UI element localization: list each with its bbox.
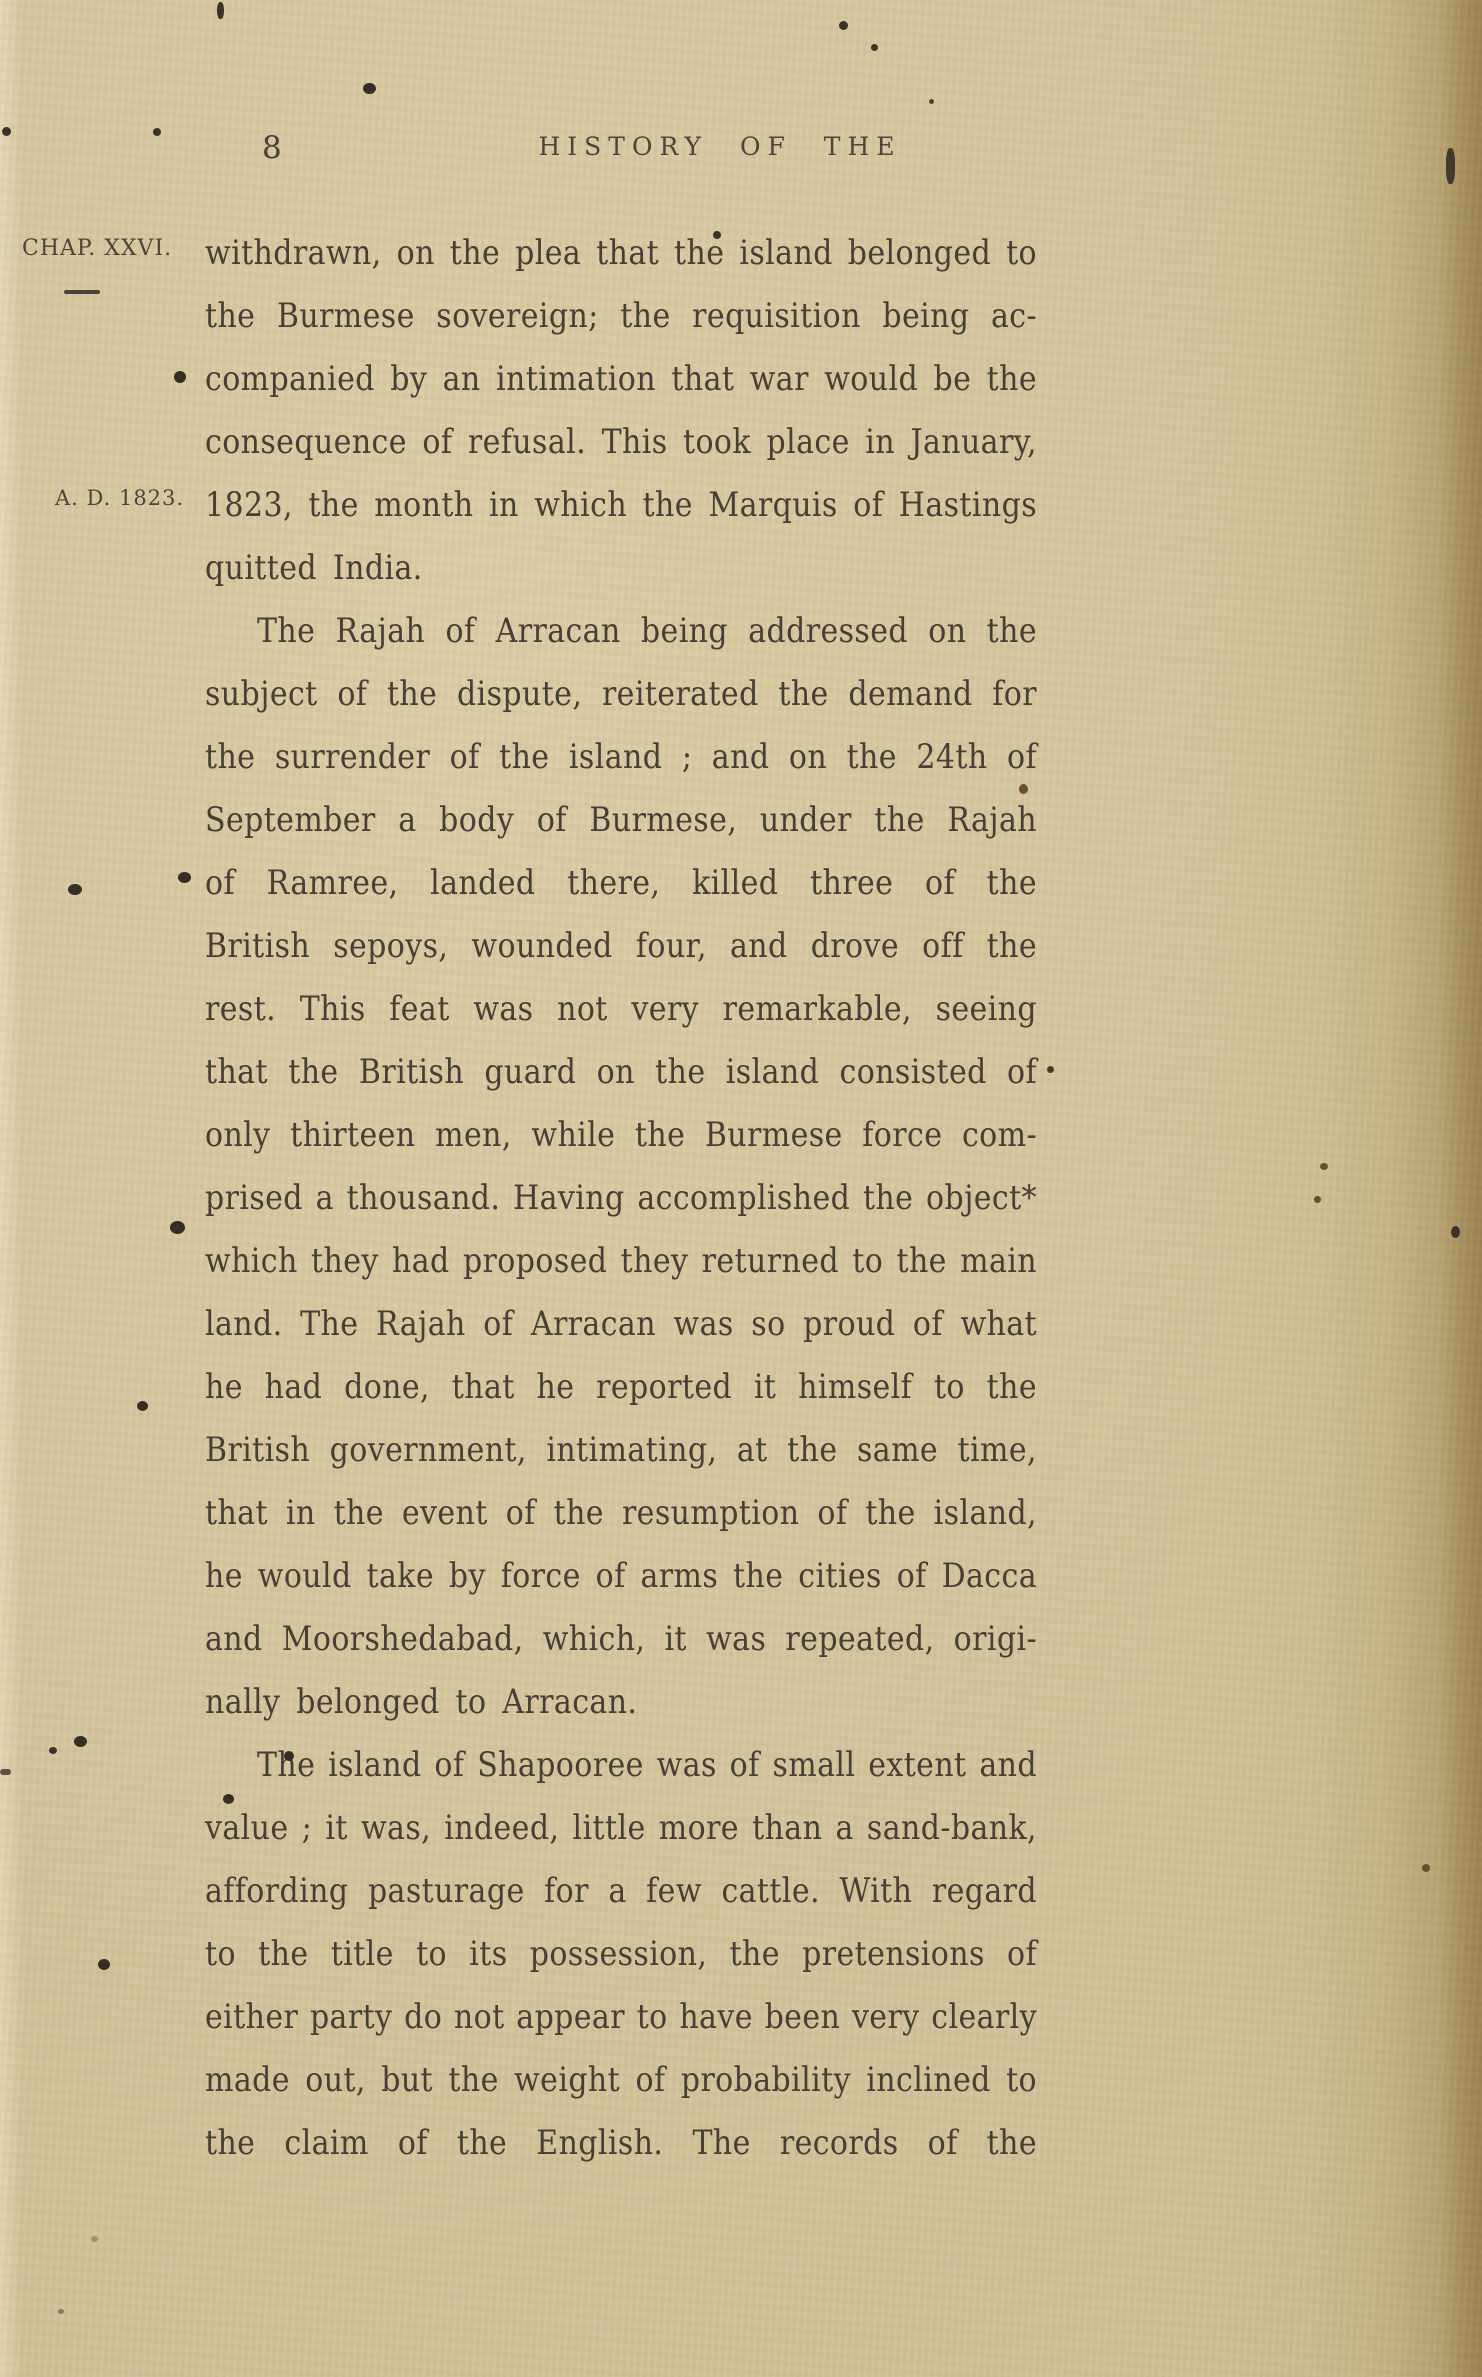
paper-speck (223, 1794, 234, 1804)
text-line: the claim of the English. The records of… (205, 2108, 1037, 2179)
paper-speck (170, 1221, 185, 1234)
paper-speck (1446, 148, 1455, 184)
paper-speck (1451, 1226, 1460, 1238)
text-line: September a body of Burmese, under the R… (205, 785, 1037, 856)
paper-speck (178, 872, 191, 883)
paper-speck (1320, 1163, 1328, 1170)
paper-speck (1314, 1196, 1321, 1203)
text-line: prised a thousand. Having accomplished t… (205, 1163, 1037, 1234)
paper-speck (137, 1401, 148, 1411)
paper-speck (91, 2236, 98, 2242)
margin-note-chapter: CHAP. XXVI. (22, 236, 192, 261)
margin-note-rule (64, 290, 100, 294)
text-line: value ; it was, indeed, little more than… (205, 1793, 1037, 1864)
text-line: he would take by force of arms the citie… (205, 1541, 1037, 1612)
text-line: only thirteen men, while the Burmese for… (205, 1100, 1037, 1171)
paper-speck (98, 1959, 110, 1970)
paper-speck (839, 21, 848, 30)
text-line: he had done, that he reported it himself… (205, 1352, 1037, 1423)
page-number: 8 (262, 130, 283, 166)
text-line: of Ramree, landed there, killed three of… (205, 848, 1037, 919)
text-line: which they had proposed they returned to… (205, 1226, 1037, 1297)
paper-speck (713, 231, 721, 239)
text-line: made out, but the weight of probability … (205, 2045, 1037, 2116)
text-line: affording pasturage for a few cattle. Wi… (205, 1856, 1037, 1927)
paper-speck (1047, 1066, 1054, 1073)
text-line: British sepoys, wounded four, and drove … (205, 911, 1037, 982)
text-line: rest. This feat was not very remarkable,… (205, 974, 1037, 1045)
text-line: The Rajah of Arracan being addressed on … (205, 596, 1037, 667)
margin-note-date: A. D. 1823. (55, 486, 225, 510)
book-page-scan: 8 HISTORY OF THE CHAP. XXVI. A. D. 1823.… (0, 0, 1482, 2377)
paper-speck (1019, 784, 1028, 794)
text-line: British government, intimating, at the s… (205, 1415, 1037, 1486)
text-line: either party do not appear to have been … (205, 1982, 1037, 2053)
text-line: that in the event of the resumption of t… (205, 1478, 1037, 1549)
paper-speck (284, 1751, 294, 1761)
text-line: land. The Rajah of Arracan was so proud … (205, 1289, 1037, 1360)
margin-note-chapter-label: CHAP. XXVI. (22, 236, 172, 261)
text-line: to the title to its possession, the pret… (205, 1919, 1037, 1990)
paper-speck (74, 1736, 87, 1747)
text-line: 1823, the month in which the Marquis of … (205, 470, 1037, 541)
text-line: subject of the dispute, reiterated the d… (205, 659, 1037, 730)
text-line: the surrender of the island ; and on the… (205, 722, 1037, 793)
running-header: HISTORY OF THE (400, 132, 1040, 161)
page-header: 8 HISTORY OF THE (0, 126, 1482, 172)
paper-speck (2, 127, 11, 136)
text-line: that the British guard on the island con… (205, 1037, 1037, 1108)
paper-speck (174, 371, 186, 383)
text-line: consequence of refusal. This took place … (205, 407, 1037, 478)
paper-speck (929, 99, 934, 104)
paper-speck (58, 2309, 64, 2314)
paper-speck (871, 44, 878, 51)
text-line: The island of Shapooree was of small ext… (205, 1730, 1037, 1801)
paper-speck (0, 1769, 11, 1775)
paper-speck (363, 83, 376, 94)
paper-speck (1422, 1864, 1430, 1872)
paper-speck (49, 1747, 57, 1754)
paper-speck (217, 2, 224, 19)
body-text: withdrawn, on the plea that the island b… (205, 222, 1037, 2175)
paper-speck (68, 884, 82, 895)
text-line: nally belonged to Arracan. (205, 1667, 1037, 1738)
text-line: the Burmese sovereign; the requisition b… (205, 281, 1037, 352)
text-line: withdrawn, on the plea that the island b… (205, 218, 1037, 289)
text-line: and Moorshedabad, which, it was repeated… (205, 1604, 1037, 1675)
text-line: companied by an intimation that war woul… (205, 344, 1037, 415)
text-line: quitted India. (205, 533, 1037, 604)
paper-speck (153, 128, 161, 136)
